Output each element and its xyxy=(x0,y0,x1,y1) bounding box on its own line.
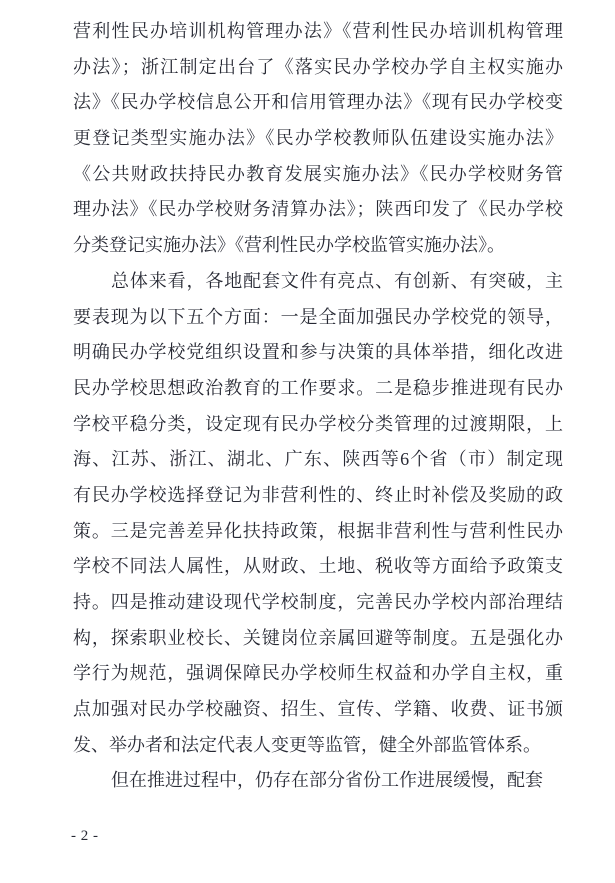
text-line: 理办法》《民办学校财务清算办法》；陕西印发了《民办学校 xyxy=(73,192,563,228)
text-line: 法》《民办学校信息公开和信用管理办法》《现有民办学校变 xyxy=(73,85,563,121)
text-line: 要表现为以下五个方面：一是全面加强民办学校党的领导， xyxy=(73,300,563,336)
text-line: 办法》；浙江制定出台了《落实民办学校办学自主权实施办 xyxy=(73,50,563,86)
page-number: - 2 - xyxy=(71,826,99,846)
text-line: 有民办学校选择登记为非营利性的、终止时补偿及奖励的政 xyxy=(73,478,563,514)
text-line: 持。四是推动建设现代学校制度，完善民办学校内部治理结 xyxy=(73,585,563,621)
document-text-block: 营利性民办培训机构管理办法》《营利性民办培训机构管理办法》；浙江制定出台了《落实… xyxy=(73,14,563,799)
text-line: 分类登记实施办法》《营利性民办学校监管实施办法》。 xyxy=(73,228,563,264)
text-line: 但在推进过程中，仍存在部分省份工作进展缓慢，配套 xyxy=(73,763,563,799)
text-line: 点加强对民办学校融资、招生、宣传、学籍、收费、证书颁 xyxy=(73,692,563,728)
text-line: 策。三是完善差异化扶持政策，根据非营利性与营利性民办 xyxy=(73,514,563,550)
text-line: 学校平稳分类，设定现有民办学校分类管理的过渡期限，上 xyxy=(73,407,563,443)
text-line: 发、举办者和法定代表人变更等监管，健全外部监管体系。 xyxy=(73,728,563,764)
text-line: 学行为规范，强调保障民办学校师生权益和办学自主权，重 xyxy=(73,656,563,692)
text-line: 总体来看，各地配套文件有亮点、有创新、有突破，主 xyxy=(73,264,563,300)
text-line: 营利性民办培训机构管理办法》《营利性民办培训机构管理 xyxy=(73,14,563,50)
text-line: 更登记类型实施办法》《民办学校教师队伍建设实施办法》 xyxy=(73,121,563,157)
text-line: 构，探索职业校长、关键岗位亲属回避等制度。五是强化办 xyxy=(73,621,563,657)
text-line: 《公共财政扶持民办教育发展实施办法》《民办学校财务管 xyxy=(73,157,563,193)
text-line: 海、江苏、浙江、湖北、广东、陕西等6个省（市）制定现 xyxy=(73,442,563,478)
text-line: 明确民办学校党组织设置和参与决策的具体举措，细化改进 xyxy=(73,335,563,371)
document-page: 营利性民办培训机构管理办法》《营利性民办培训机构管理办法》；浙江制定出台了《落实… xyxy=(0,0,615,883)
text-line: 民办学校思想政治教育的工作要求。二是稳步推进现有民办 xyxy=(73,371,563,407)
text-line: 学校不同法人属性，从财政、土地、税收等方面给予政策支 xyxy=(73,549,563,585)
